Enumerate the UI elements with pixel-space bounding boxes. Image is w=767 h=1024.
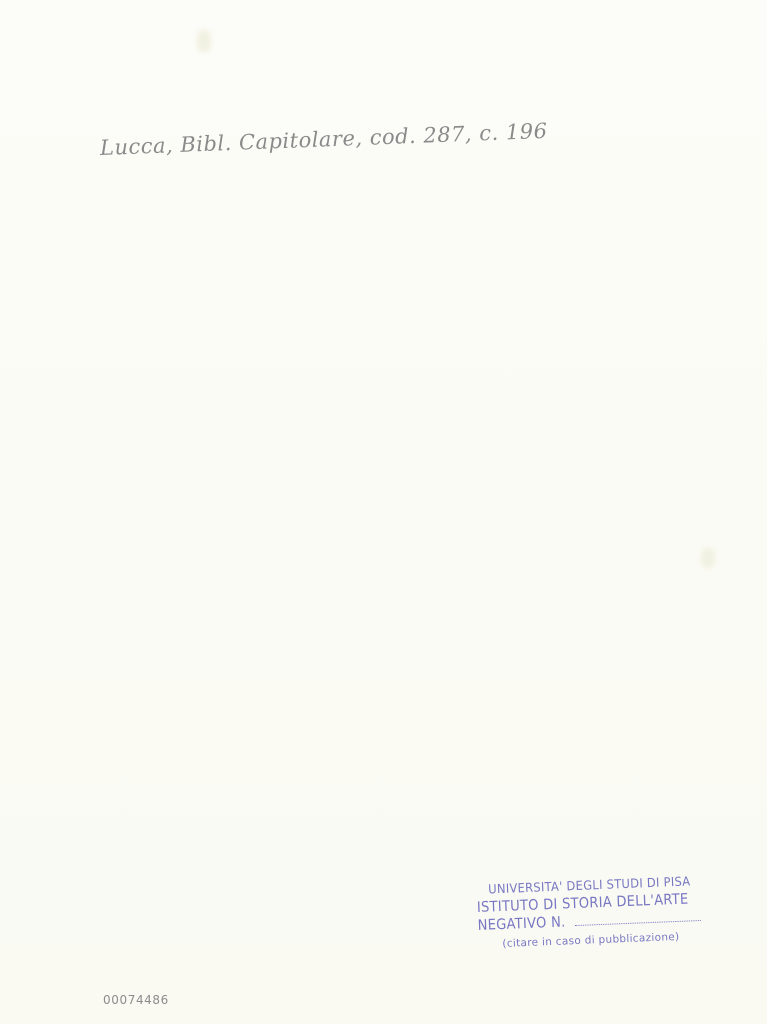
stamp-negative-label: NEGATIVO N. [477, 915, 565, 933]
handwritten-caption: Lucca, Bibl. Capitolare, cod. 287, c. 19… [100, 119, 548, 160]
institute-stamp: UNIVERSITA' DEGLI STUDI DI PISA ISTITUTO… [476, 874, 728, 950]
photo-back-sheet: Lucca, Bibl. Capitolare, cod. 287, c. 19… [0, 0, 767, 1024]
stamp-negative-blank [575, 920, 701, 926]
paper-stain [701, 548, 715, 568]
stamp-citation-note: (citare in caso di pubblicazione) [502, 929, 728, 949]
inventory-number: 00074486 [103, 993, 169, 1007]
paper-stain [197, 30, 211, 52]
